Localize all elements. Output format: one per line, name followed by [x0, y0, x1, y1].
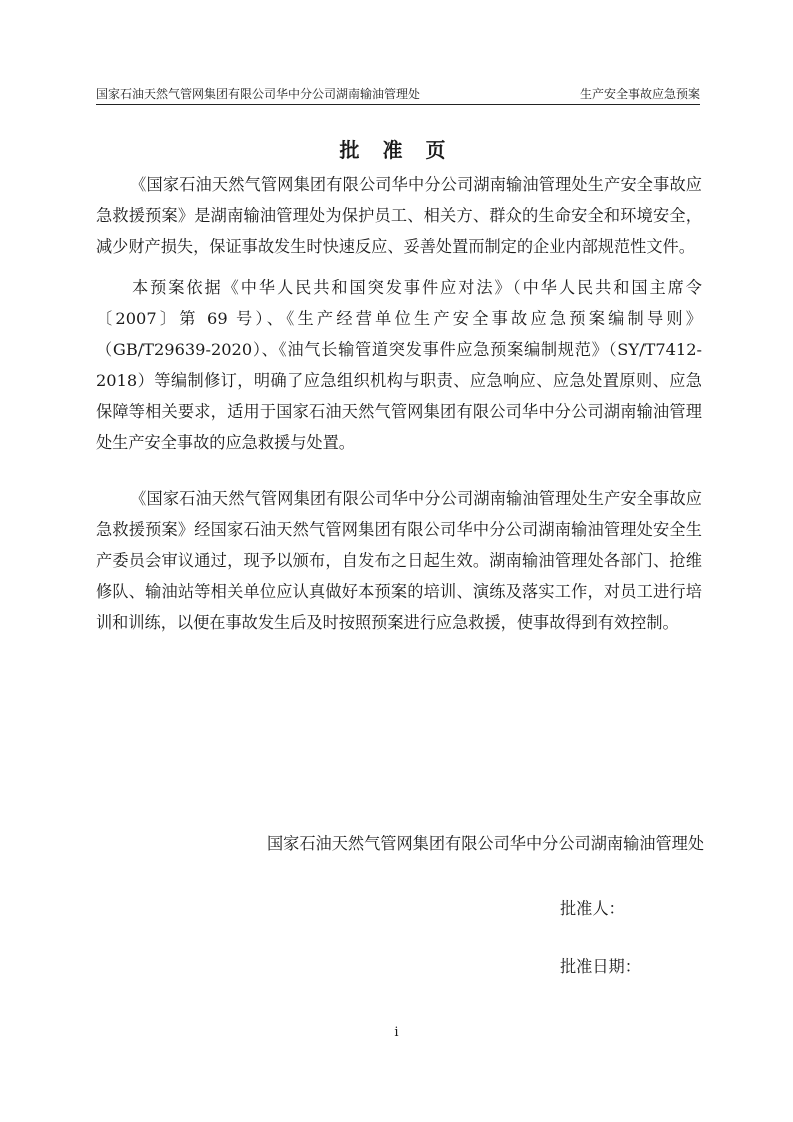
header-document-title: 生产安全事故应急预案 [580, 86, 700, 104]
paragraph-promulgation: 《国家石油天然气管网集团有限公司华中分公司湖南输油管理处生产安全事故应急救援预案… [96, 483, 702, 638]
paragraph-text: 《国家石油天然气管网集团有限公司华中分公司湖南输油管理处生产安全事故应急救援预案… [96, 489, 702, 632]
paragraph-intro: 《国家石油天然气管网集团有限公司华中分公司湖南输油管理处生产安全事故应急救援预案… [96, 169, 702, 262]
paragraph-text: 本预案依据《中华人民共和国突发事件应对法》（中华人民共和国主席令〔2007〕第 … [96, 278, 702, 452]
header-organization: 国家石油天然气管网集团有限公司华中分公司湖南输油管理处 [96, 86, 420, 104]
paragraph-basis: 本预案依据《中华人民共和国突发事件应对法》（中华人民共和国主席令〔2007〕第 … [96, 272, 702, 458]
page-header: 国家石油天然气管网集团有限公司华中分公司湖南输油管理处 生产安全事故应急预案 [96, 86, 700, 105]
page-title: 批 准 页 [0, 134, 793, 163]
approve-date-label: 批准日期： [560, 953, 641, 977]
page-number: i [0, 1025, 793, 1040]
signature-organization: 国家石油天然气管网集团有限公司华中分公司湖南输油管理处 [267, 830, 704, 854]
paragraph-text: 《国家石油天然气管网集团有限公司华中分公司湖南输油管理处生产安全事故应急救援预案… [96, 175, 702, 256]
approver-label: 批准人： [560, 895, 625, 919]
